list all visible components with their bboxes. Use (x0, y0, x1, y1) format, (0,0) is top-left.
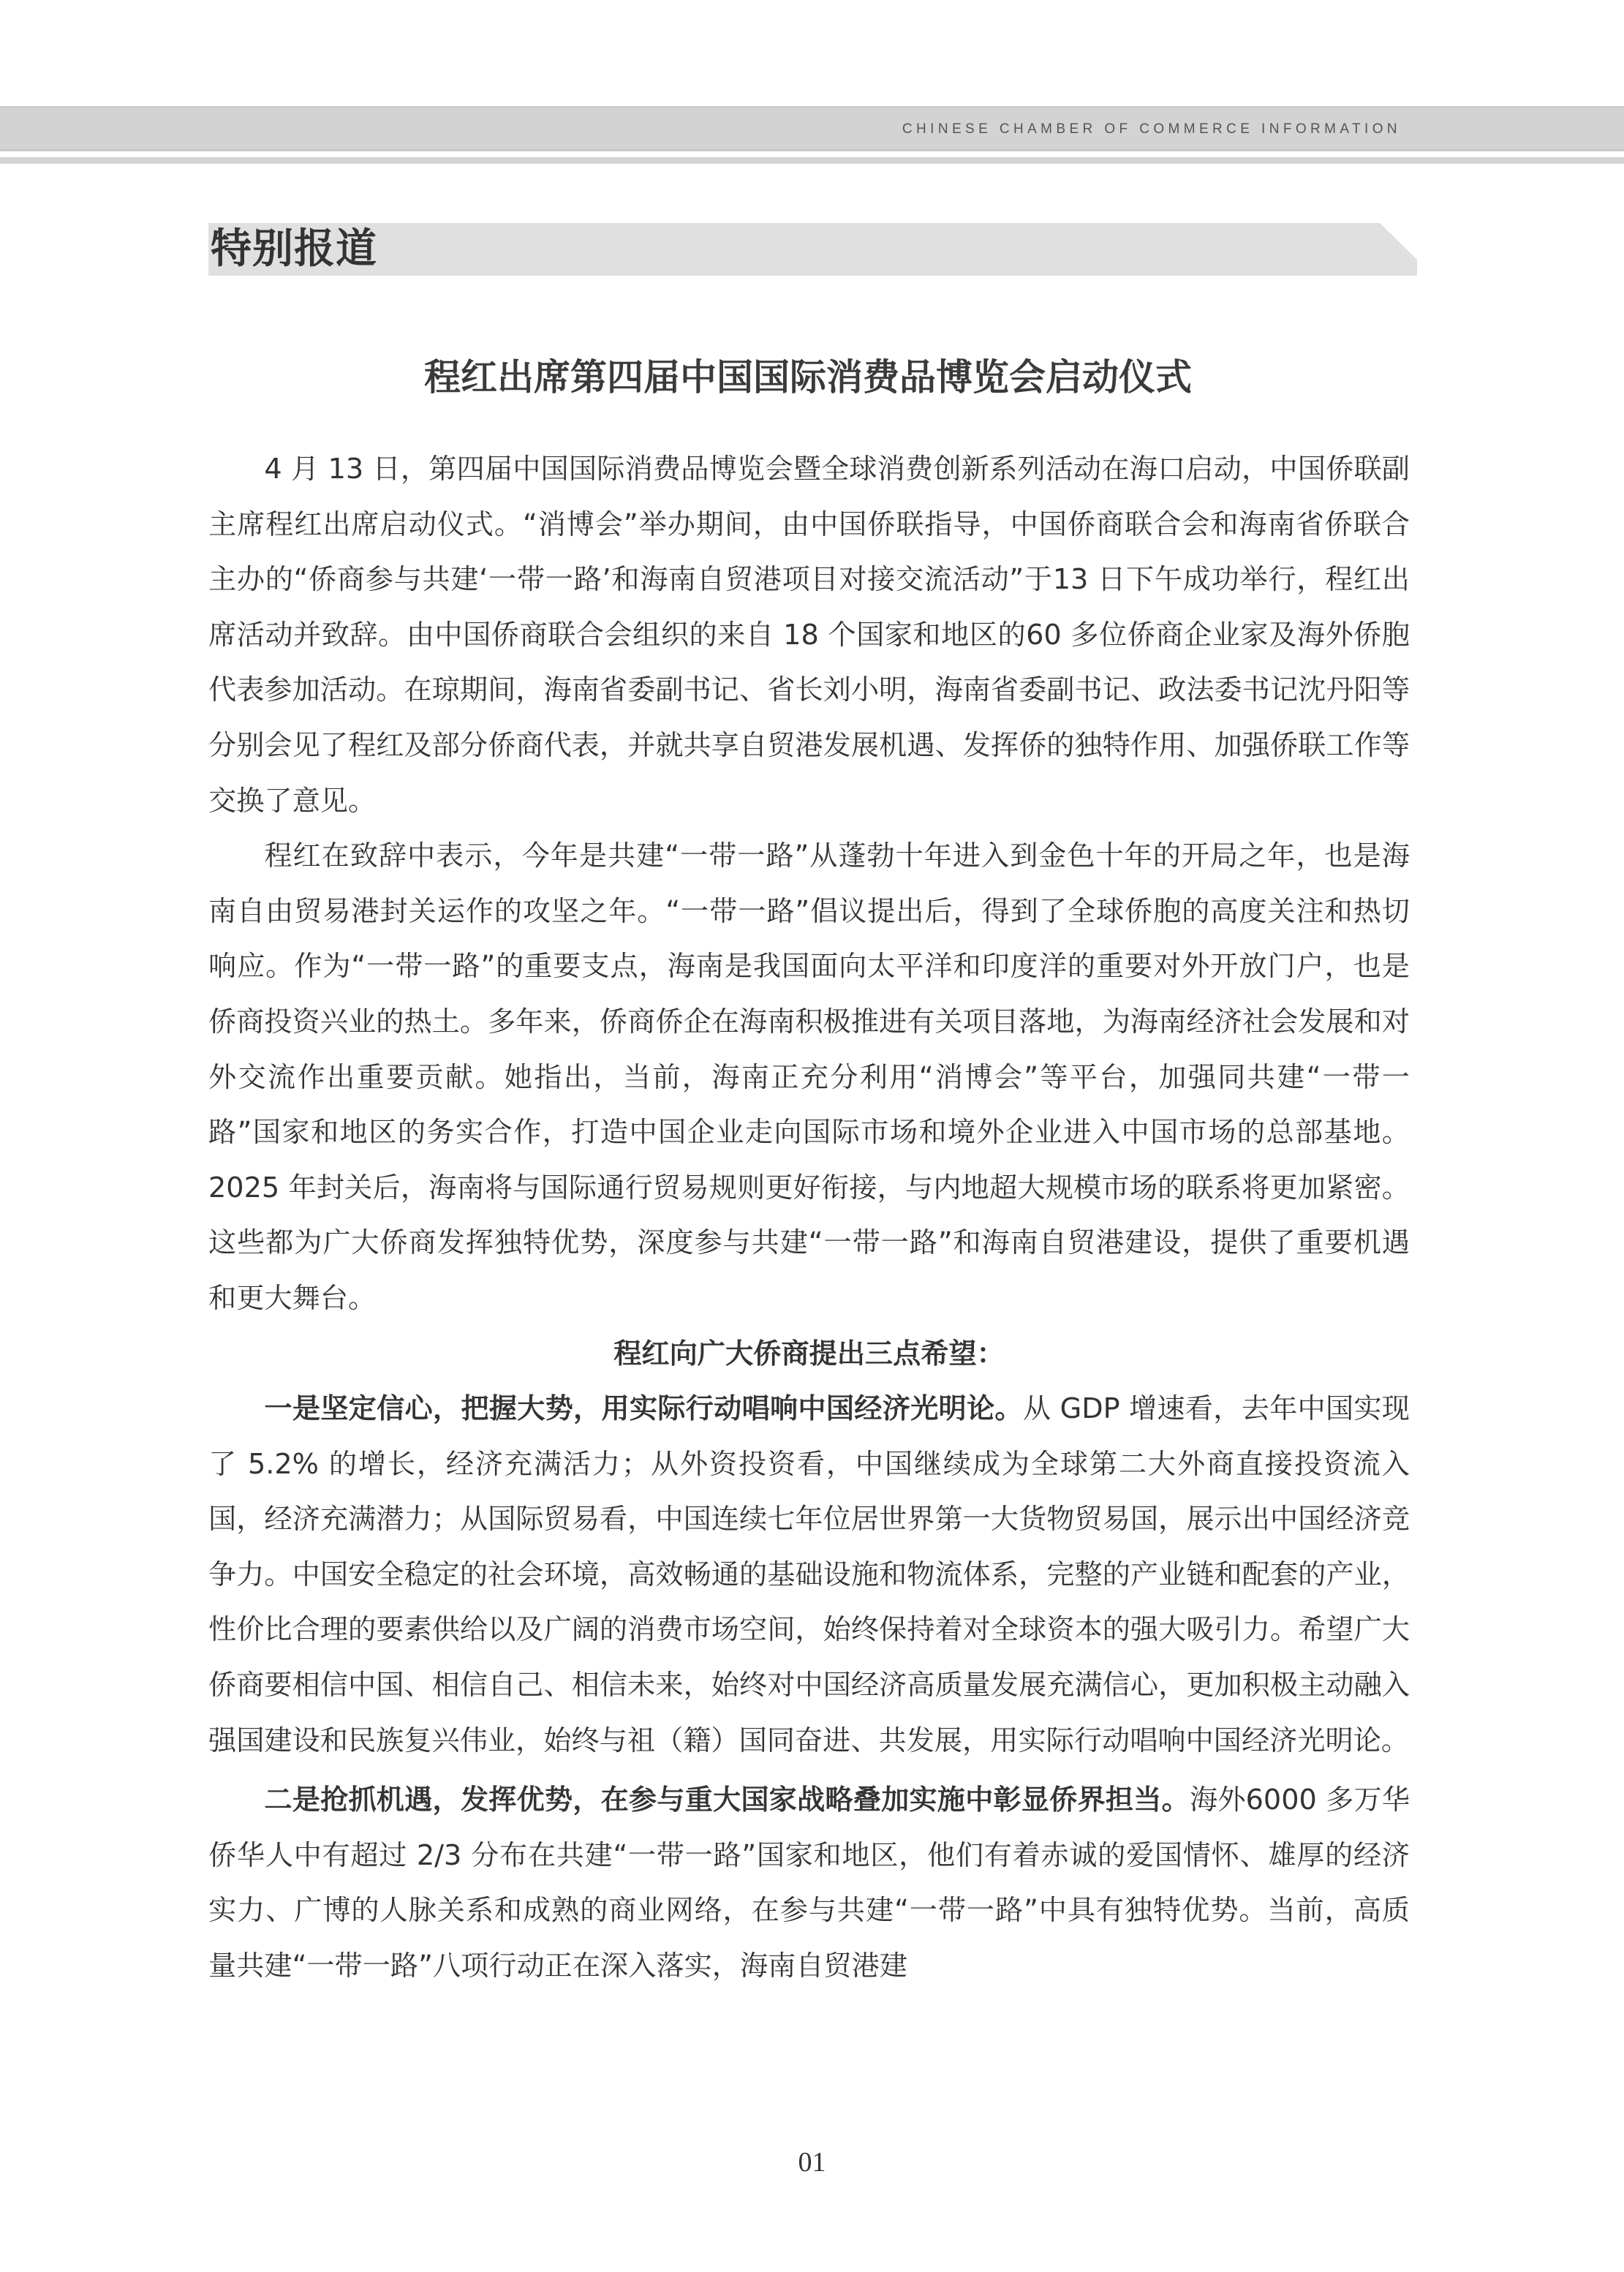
paragraph: 二是抢抓机遇，发挥优势，在参与重大国家战略叠加实施中彰显侨界担当。海外6000 … (208, 1773, 1410, 1994)
paragraph-text: 从 GDP 增速看，去年中国实现了 5.2% 的增长，经济充满活力；从外资投资看… (208, 1393, 1410, 1757)
paragraph-lead: 二是抢抓机遇，发挥优势，在参与重大国家战略叠加实施中彰显侨界担当。 (264, 1784, 1190, 1816)
paragraph-lead: 一是坚定信心，把握大势，用实际行动唱响中国经济光明论。 (264, 1393, 1022, 1425)
page-number: 01 (0, 2146, 1624, 2178)
paragraph: 程红在致辞中表示，今年是共建“一带一路”从蓬勃十年进入到金色十年的开局之年，也是… (208, 829, 1410, 1326)
section-title: 特别报道 (211, 224, 377, 273)
section-bar (208, 223, 1417, 276)
article-body: 4 月 13 日，第四届中国国际消费品博览会暨全球消费创新系列活动在海口启动，中… (208, 442, 1410, 1995)
subheading: 程红向广大侨商提出三点希望： (208, 1327, 1410, 1383)
article-title: 程红出席第四届中国国际消费品博览会启动仪式 (208, 354, 1408, 401)
paragraph: 4 月 13 日，第四届中国国际消费品博览会暨全球消费创新系列活动在海口启动，中… (208, 442, 1410, 829)
header-divider (0, 157, 1624, 164)
publication-name: CHINESE CHAMBER OF COMMERCE INFORMATION (902, 121, 1401, 137)
paragraph: 一是坚定信心，把握大势，用实际行动唱响中国经济光明论。从 GDP 增速看，去年中… (208, 1382, 1410, 1769)
